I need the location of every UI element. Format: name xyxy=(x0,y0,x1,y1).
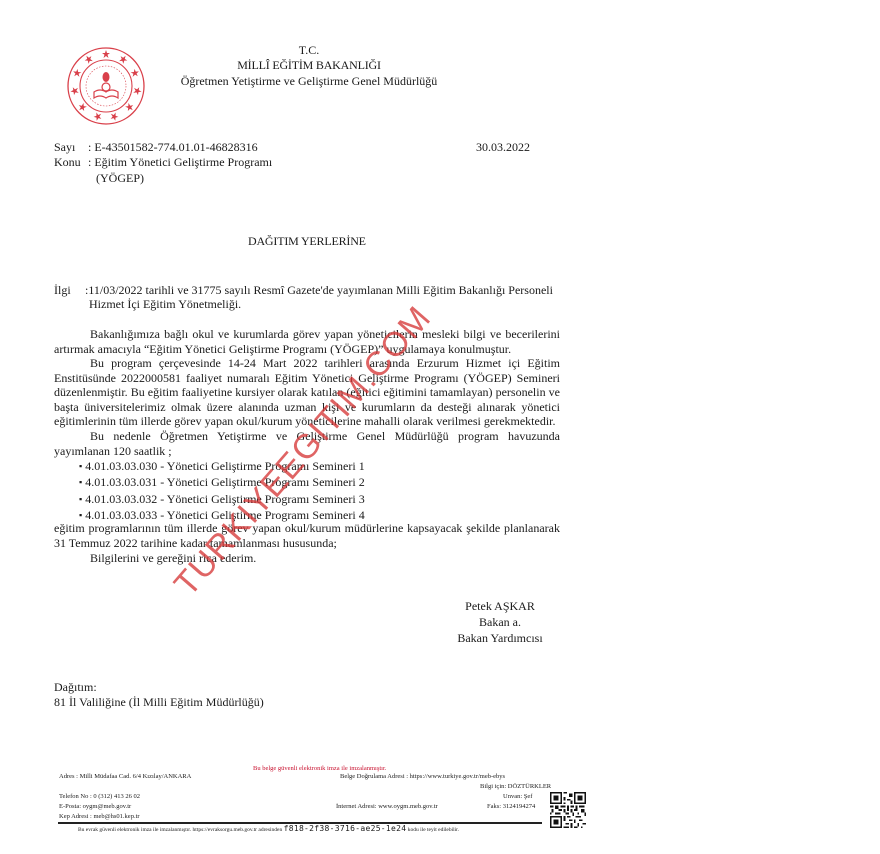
recipient-heading: DAĞITIM YERLERİNE xyxy=(248,234,366,249)
footer-website[interactable]: İnternet Adresi: www.oygm.meb.gov.tr xyxy=(336,803,438,811)
footer-fax: Faks: 3124194274 xyxy=(487,803,535,811)
body-paragraph-1: Bakanlığımıza bağlı okul ve kurumlarda g… xyxy=(54,327,560,356)
footer-email[interactable]: E-Posta: oygm@meb.gov.tr xyxy=(59,803,131,811)
footer-contact-person: Bilgi için: DÖZTÜRKLER xyxy=(480,783,551,791)
distribution-list: 81 İl Valiliğine (İl Milli Eğitim Müdürl… xyxy=(54,695,264,710)
footer-verification-url[interactable]: Belge Doğrulama Adresi : https://www.tur… xyxy=(340,773,505,781)
program-list-item: 4.01.03.03.031 - Yönetici Geliştirme Pro… xyxy=(79,475,365,491)
program-list-item: 4.01.03.03.030 - Yönetici Geliştirme Pro… xyxy=(79,459,365,475)
subject-label: Konu xyxy=(54,155,81,170)
reference-label: İlgi xyxy=(54,283,71,298)
meb-seal-icon xyxy=(66,46,146,126)
subject-continuation: (YÖGEP) xyxy=(96,171,144,186)
verification-code-prefix: Bu evrak güvenli elektronik imza ile imz… xyxy=(78,827,282,833)
reference-text-continuation: Hizmet İçi Eğitim Yönetmeliği. xyxy=(89,297,241,312)
program-list: 4.01.03.03.030 - Yönetici Geliştirme Pro… xyxy=(79,459,365,525)
distribution-label: Dağıtım: xyxy=(54,680,97,695)
document-number: : E-43501582-774.01.01-46828316 xyxy=(88,140,258,155)
document-date: 30.03.2022 xyxy=(476,140,530,155)
header-department-name: Öğretmen Yetiştirme ve Geliştirme Genel … xyxy=(150,74,468,89)
signatory-name: Petek AŞKAR xyxy=(420,599,580,615)
body-paragraph-4: eğitim programlarının tüm illerde görev … xyxy=(54,521,560,550)
signatory-title: Bakan Yardımcısı xyxy=(420,631,580,647)
e-signature-notice: Bu belge güvenli elektronik imza ile imz… xyxy=(253,765,386,773)
footer-address: Adres : Milli Müdafaa Cad. 6/4 Kızılay/A… xyxy=(59,773,191,781)
body-paragraph-3: Bu nedenle Öğretmen Yetiştirme ve Gelişt… xyxy=(54,429,560,458)
document-number-label: Sayı xyxy=(54,140,75,155)
reference-text: :11/03/2022 tarihli ve 31775 sayılı Resm… xyxy=(85,283,565,297)
program-list-item: 4.01.03.03.032 - Yönetici Geliştirme Pro… xyxy=(79,492,365,508)
qr-code-icon[interactable] xyxy=(550,792,586,828)
closing-sentence: Bilgilerini ve gereğini rica ederim. xyxy=(90,551,256,566)
header-state-name: T.C. xyxy=(150,43,468,58)
verification-code-suffix: kodu ile teyit edilebilir. xyxy=(408,827,459,833)
footer-kep-address: Kep Adresi : meb@hs01.kep.tr xyxy=(59,813,140,821)
footer-phone: Telefon No : 0 (312) 413 26 02 xyxy=(59,793,140,801)
verification-code-note: Bu evrak güvenli elektronik imza ile imz… xyxy=(78,825,459,834)
header-ministry-name: MİLLÎ EĞİTİM BAKANLIĞI xyxy=(150,58,468,73)
signatory-role: Bakan a. xyxy=(420,615,580,631)
subject: : Eğitim Yönetici Geliştirme Programı xyxy=(88,155,272,170)
verification-code: f818-2f38-3716-ae25-1e24 xyxy=(284,824,407,833)
footer-contact-title: Unvan: Şef xyxy=(503,793,532,801)
body-paragraph-2: Bu program çerçevesinde 14-24 Mart 2022 … xyxy=(54,356,560,429)
